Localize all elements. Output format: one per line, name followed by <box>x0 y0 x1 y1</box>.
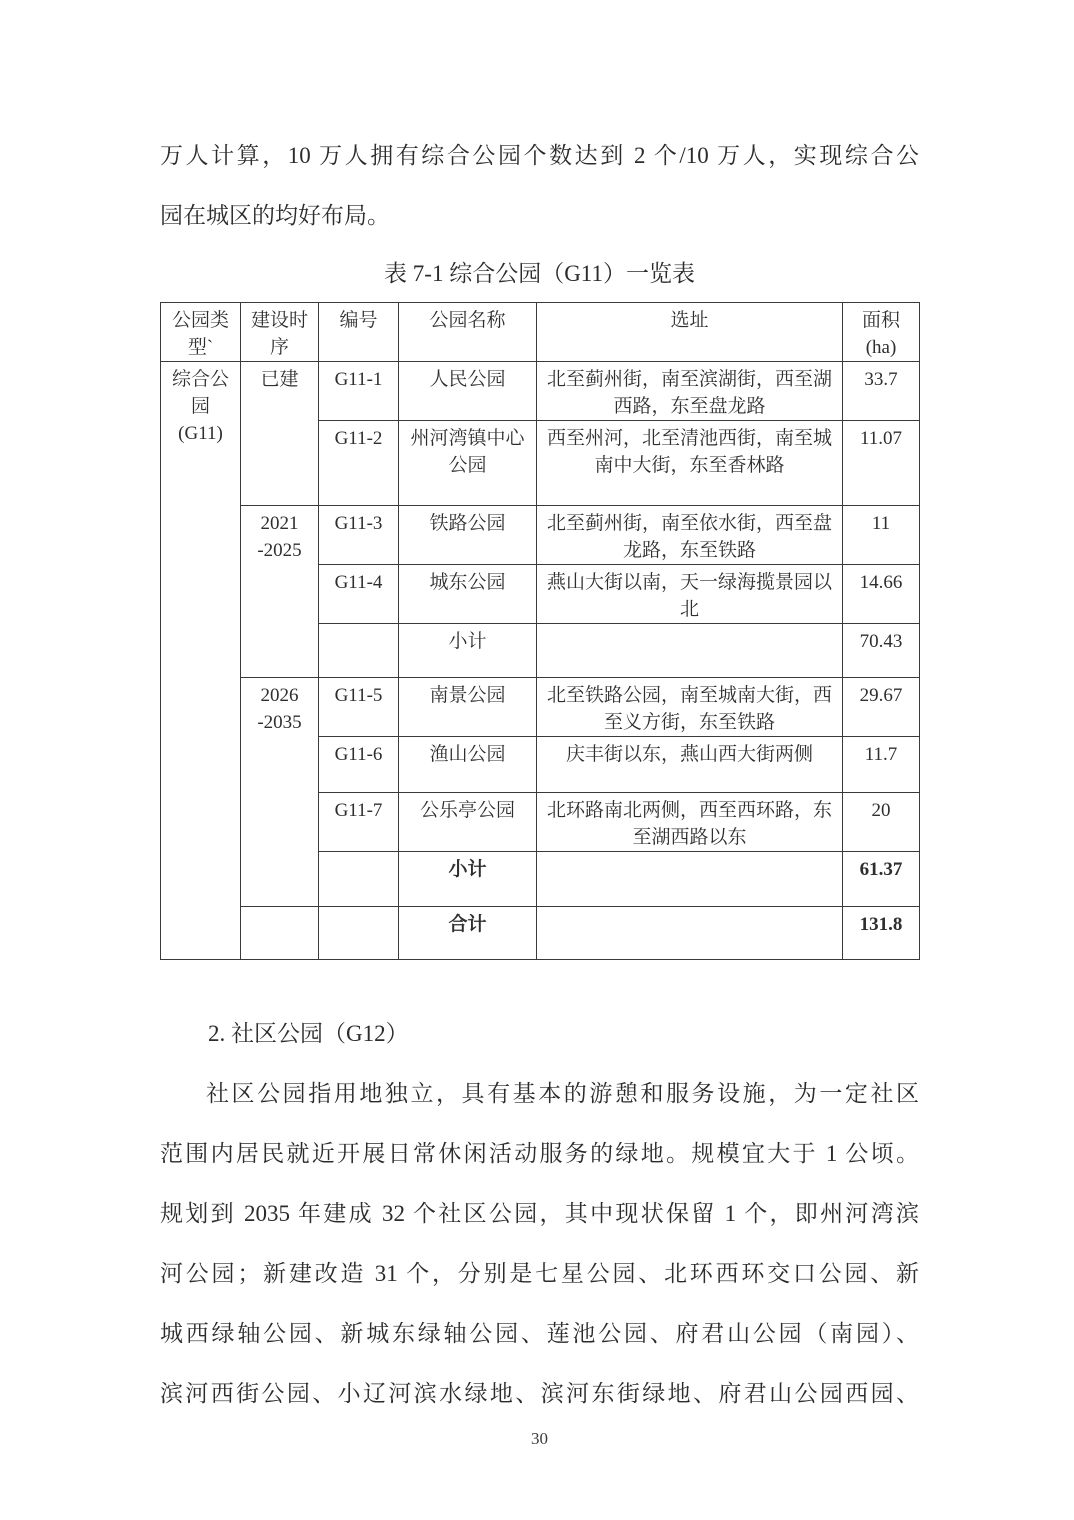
cell-area: 70.43 <box>843 624 920 678</box>
cell-location <box>537 907 843 960</box>
cell-area: 29.67 <box>843 678 920 737</box>
cell-period: 已建 <box>241 362 319 506</box>
cell-location: 北至铁路公园，南至城南大街，西至义方街，东至铁路 <box>537 678 843 737</box>
cell-id: G11-3 <box>319 506 399 565</box>
cell-id: G11-5 <box>319 678 399 737</box>
cell-area: 33.7 <box>843 362 920 421</box>
cell-area: 11.7 <box>843 737 920 793</box>
intro-line: 园在城区的均好布局。 <box>160 186 919 246</box>
table-row: 2021 -2025 G11-3 铁路公园 北至蓟州街，南至依水街，西至盘龙路，… <box>161 506 920 565</box>
table-row-total: 合计 131.8 <box>161 907 920 960</box>
header-cell-park-type: 公园类 型` <box>161 303 241 362</box>
body-line: 城西绿轴公园、新城东绿轴公园、莲池公园、府君山公园（南园）、 <box>160 1304 919 1364</box>
cell-period: 2021 -2025 <box>241 506 319 678</box>
cell-name: 人民公园 <box>399 362 537 421</box>
cell-area: 20 <box>843 793 920 852</box>
body-paragraph: 社区公园指用地独立，具有基本的游憩和服务设施，为一定社区 范围内居民就近开展日常… <box>160 1064 919 1424</box>
intro-paragraph: 万人计算，10 万人拥有综合公园个数达到 2 个/10 万人，实现综合公 园在城… <box>160 126 919 246</box>
cell-id <box>319 907 399 960</box>
cell-period <box>241 907 319 960</box>
parks-table: 公园类 型` 建设时 序 编号 公园名称 选址 面积 (ha) 综合公 园 (G… <box>160 302 920 960</box>
header-cell-name: 公园名称 <box>399 303 537 362</box>
cell-area: 11 <box>843 506 920 565</box>
cell-id: G11-6 <box>319 737 399 793</box>
cell-name: 渔山公园 <box>399 737 537 793</box>
cell-id: G11-2 <box>319 421 399 506</box>
cell-name: 公乐亭公园 <box>399 793 537 852</box>
cell-name: 州河湾镇中心 公园 <box>399 421 537 506</box>
document-page: 万人计算，10 万人拥有综合公园个数达到 2 个/10 万人，实现综合公 园在城… <box>0 0 1074 1520</box>
cell-area: 131.8 <box>843 907 920 960</box>
cell-name: 合计 <box>399 907 537 960</box>
cell-location <box>537 852 843 907</box>
cell-name: 铁路公园 <box>399 506 537 565</box>
cell-area: 61.37 <box>843 852 920 907</box>
cell-location <box>537 624 843 678</box>
body-line: 河公园；新建改造 31 个，分别是七星公园、北环西环交口公园、新 <box>160 1244 919 1304</box>
cell-location: 西至州河，北至清池西街，南至城南中大街，东至香林路 <box>537 421 843 506</box>
cell-id: G11-4 <box>319 565 399 624</box>
body-line: 社区公园指用地独立，具有基本的游憩和服务设施，为一定社区 <box>160 1064 919 1124</box>
cell-id <box>319 624 399 678</box>
table-header-row: 公园类 型` 建设时 序 编号 公园名称 选址 面积 (ha) <box>161 303 920 362</box>
cell-id <box>319 852 399 907</box>
cell-id: G11-7 <box>319 793 399 852</box>
table-row: 2026 -2035 G11-5 南景公园 北至铁路公园，南至城南大街，西至义方… <box>161 678 920 737</box>
header-cell-area: 面积 (ha) <box>843 303 920 362</box>
cell-name: 小计 <box>399 852 537 907</box>
intro-line: 万人计算，10 万人拥有综合公园个数达到 2 个/10 万人，实现综合公 <box>160 126 919 186</box>
section-heading: 2. 社区公园（G12） <box>160 1004 919 1064</box>
cell-name: 城东公园 <box>399 565 537 624</box>
cell-location: 庆丰街以东，燕山西大街两侧 <box>537 737 843 793</box>
cell-location: 北至蓟州街，南至依水街，西至盘龙路，东至铁路 <box>537 506 843 565</box>
cell-area: 14.66 <box>843 565 920 624</box>
cell-location: 北至蓟州街，南至滨湖街，西至湖西路，东至盘龙路 <box>537 362 843 421</box>
cell-name: 南景公园 <box>399 678 537 737</box>
cell-location: 北环路南北两侧，西至西环路，东至湖西路以东 <box>537 793 843 852</box>
table-caption: 表 7-1 综合公园（G11）一览表 <box>160 246 919 302</box>
table-row: 综合公 园 (G11) 已建 G11-1 人民公园 北至蓟州街，南至滨湖街，西至… <box>161 362 920 421</box>
header-cell-period: 建设时 序 <box>241 303 319 362</box>
cell-period: 2026 -2035 <box>241 678 319 907</box>
cell-area: 11.07 <box>843 421 920 506</box>
body-line: 规划到 2035 年建成 32 个社区公园，其中现状保留 1 个，即州河湾滨 <box>160 1184 919 1244</box>
body-line: 范围内居民就近开展日常休闲活动服务的绿地。规模宜大于 1 公顷。 <box>160 1124 919 1184</box>
cell-park-type: 综合公 园 (G11) <box>161 362 241 960</box>
cell-location: 燕山大街以南，天一绿海揽景园以北 <box>537 565 843 624</box>
header-cell-id: 编号 <box>319 303 399 362</box>
cell-name: 小计 <box>399 624 537 678</box>
cell-id: G11-1 <box>319 362 399 421</box>
header-cell-location: 选址 <box>537 303 843 362</box>
body-line: 滨河西街公园、小辽河滨水绿地、滨河东街绿地、府君山公园西园、 <box>160 1364 919 1424</box>
page-number: 30 <box>160 1426 919 1452</box>
